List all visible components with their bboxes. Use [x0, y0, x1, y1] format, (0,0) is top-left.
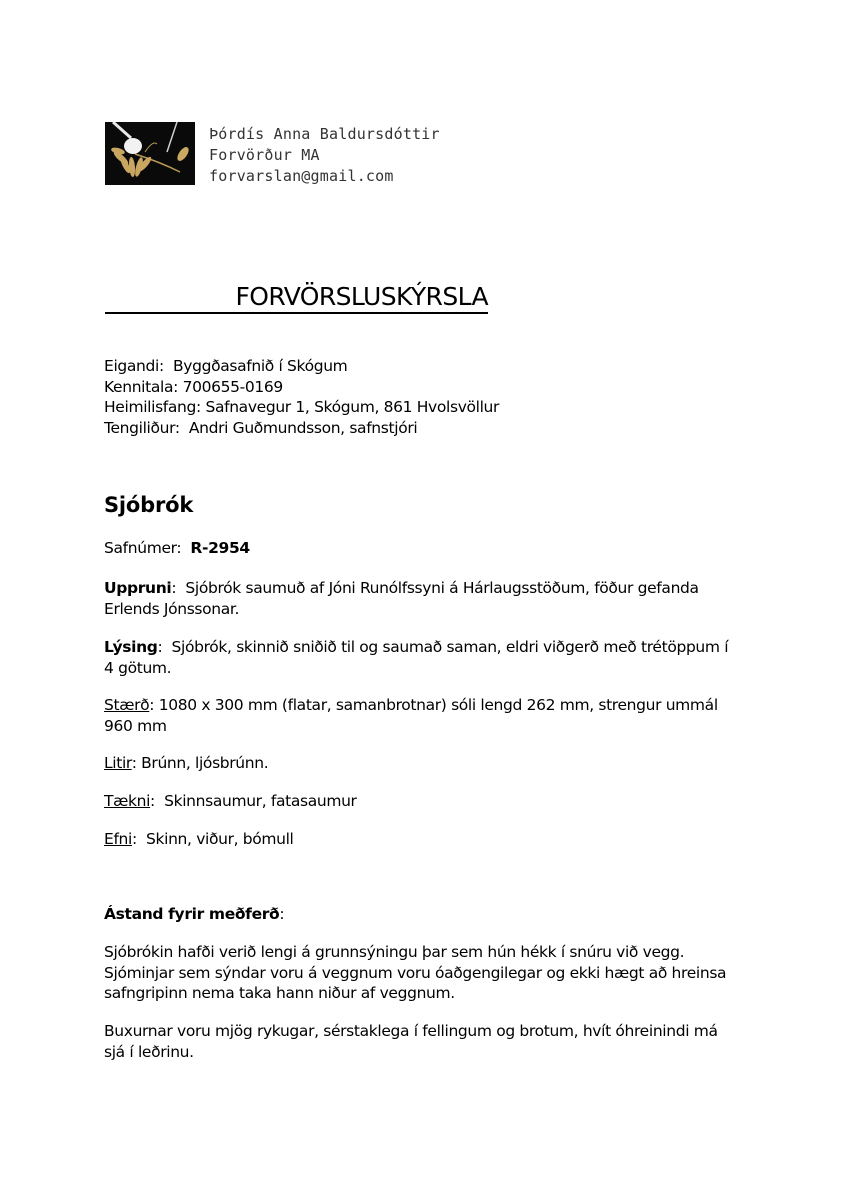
owner-label: Eigandi:	[104, 357, 164, 375]
author-block: Þórdís Anna Baldursdóttir Forvörður MA f…	[209, 124, 440, 187]
museum-number-value: R-2954	[190, 539, 249, 557]
description-label: Lýsing	[104, 638, 158, 656]
colors-label: Litir	[104, 754, 132, 772]
technique-row: Tækni: Skinnsaumur, fatasaumur	[104, 791, 754, 812]
contact-label: Tengiliður:	[104, 419, 180, 437]
address-label: Heimilisfang:	[104, 398, 201, 416]
size-row: Stærð: 1080 x 300 mm (flatar, samanbrotn…	[104, 695, 754, 736]
condition-p2-line-1: Buxurnar voru mjög rykugar, sérstaklega …	[104, 1021, 754, 1042]
material-row: Efni: Skinn, viður, bómull	[104, 829, 754, 850]
letterhead: Þórdís Anna Baldursdóttir Forvörður MA f…	[105, 122, 440, 187]
id-number-row: Kennitala: 700655-0169	[104, 377, 499, 398]
condition-heading: Ástand fyrir meðferð	[104, 905, 279, 923]
size-label: Stærð	[104, 696, 149, 714]
material-value: Skinn, viður, bómull	[146, 830, 294, 848]
owner-value: Byggðasafnið í Skógum	[173, 357, 347, 375]
museum-number-label: Safnúmer:	[104, 539, 181, 557]
technique-label: Tækni	[104, 792, 150, 810]
origin-value: Sjóbrók saumuð af Jóni Runólfssyni á Hár…	[104, 579, 699, 618]
contact-value: Andri Guðmundsson, safnstjóri	[189, 419, 417, 437]
origin-row: Uppruni: Sjóbrók saumuð af Jóni Runólfss…	[104, 578, 724, 619]
condition-p2-line-2: sjá í leðrinu.	[104, 1042, 754, 1063]
id-number-label: Kennitala:	[104, 378, 178, 396]
condition-paragraph-1: Sjóbrókin hafði verið lengi á grunnsýnin…	[104, 942, 754, 1004]
technique-value: Skinnsaumur, fatasaumur	[164, 792, 357, 810]
size-line-1: 1080 x 300 mm (flatar, samanbrotnar) sól…	[159, 696, 718, 714]
condition-paragraph-2: Buxurnar voru mjög rykugar, sérstaklega …	[104, 1021, 754, 1062]
id-number-value: 700655-0169	[183, 378, 283, 396]
document-title: FORVÖRSLUSKÝRSLA	[105, 282, 488, 314]
colors-value: Brúnn, ljósbrúnn.	[141, 754, 268, 772]
contact-row: Tengiliður: Andri Guðmundsson, safnstjór…	[104, 418, 499, 439]
museum-number-row: Safnúmer: R-2954	[104, 538, 754, 559]
size-line-2: 960 mm	[104, 716, 754, 737]
description-line-1: Sjóbrók, skinnið sniðið til og saumað sa…	[172, 638, 729, 656]
colors-row: Litir: Brúnn, ljósbrúnn.	[104, 753, 754, 774]
owner-row: Eigandi: Byggðasafnið í Skógum	[104, 356, 499, 377]
description-row: Lýsing: Sjóbrók, skinnið sniðið til og s…	[104, 637, 754, 678]
address-row: Heimilisfang: Safnavegur 1, Skógum, 861 …	[104, 397, 499, 418]
material-label: Efni	[104, 830, 132, 848]
author-email: forvarslan@gmail.com	[209, 166, 440, 187]
description-line-2: 4 götum.	[104, 658, 754, 679]
owner-info: Eigandi: Byggðasafnið í Skógum Kennitala…	[104, 356, 499, 438]
origin-label: Uppruni	[104, 579, 171, 597]
condition-heading-row: Ástand fyrir meðferð:	[104, 904, 754, 925]
author-title: Forvörður MA	[209, 145, 440, 166]
condition-p1-line-3: safngripinn nema taka hann niður af vegg…	[104, 983, 754, 1004]
author-name: Þórdís Anna Baldursdóttir	[209, 124, 440, 145]
gold-flower-brooch-photo-icon	[105, 122, 195, 185]
condition-p1-line-1: Sjóbrókin hafði verið lengi á grunnsýnin…	[104, 942, 754, 963]
address-value: Safnavegur 1, Skógum, 861 Hvolsvöllur	[205, 398, 499, 416]
condition-p1-line-2: Sjóminjar sem sýndar voru á veggnum voru…	[104, 963, 754, 984]
object-title: Sjóbrók	[104, 493, 193, 517]
